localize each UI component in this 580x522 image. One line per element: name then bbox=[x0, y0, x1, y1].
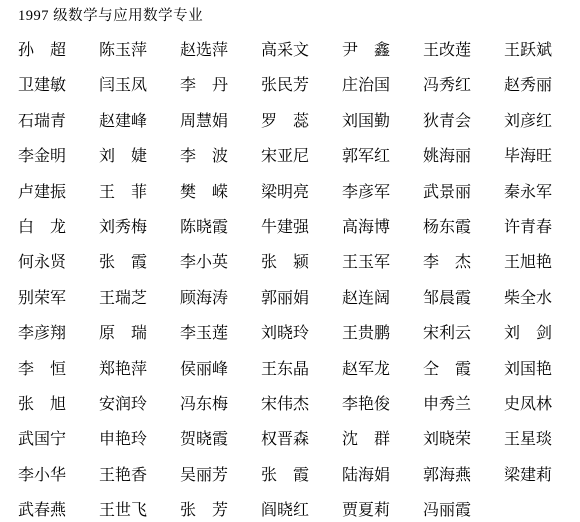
student-name: 王贵鹏 bbox=[342, 316, 423, 351]
student-name: 卢建振 bbox=[18, 175, 99, 210]
student-name: 赵选萍 bbox=[180, 33, 261, 68]
student-name: 王改莲 bbox=[423, 33, 504, 68]
student-name: 王跃斌 bbox=[504, 33, 580, 68]
student-name: 冯丽霞 bbox=[423, 493, 504, 522]
student-name: 赵军龙 bbox=[342, 352, 423, 387]
student-name: 陆海娟 bbox=[342, 458, 423, 493]
student-name: 张 霞 bbox=[261, 458, 342, 493]
student-name: 武春燕 bbox=[18, 493, 99, 522]
student-name: 杨东霞 bbox=[423, 210, 504, 245]
student-name: 刘国勤 bbox=[342, 104, 423, 139]
student-name: 周慧娟 bbox=[180, 104, 261, 139]
student-name: 贾夏莉 bbox=[342, 493, 423, 522]
student-name: 王瑞芝 bbox=[99, 281, 180, 316]
student-name: 武景丽 bbox=[423, 175, 504, 210]
student-name: 李 丹 bbox=[180, 68, 261, 103]
student-name: 牛建强 bbox=[261, 210, 342, 245]
student-name: 高采文 bbox=[261, 33, 342, 68]
student-name: 尹 鑫 bbox=[342, 33, 423, 68]
student-name: 冯东梅 bbox=[180, 387, 261, 422]
student-name: 史凤林 bbox=[504, 387, 580, 422]
page-title: 1997 级数学与应用数学专业 bbox=[18, 7, 203, 25]
student-name: 李玉莲 bbox=[180, 316, 261, 351]
student-name: 郭海燕 bbox=[423, 458, 504, 493]
student-name: 王艳香 bbox=[99, 458, 180, 493]
student-name: 刘彦红 bbox=[504, 104, 580, 139]
student-name: 张民芳 bbox=[261, 68, 342, 103]
student-name: 赵建峰 bbox=[99, 104, 180, 139]
student-name: 刘国艳 bbox=[504, 352, 580, 387]
student-name: 李 波 bbox=[180, 139, 261, 174]
student-name: 刘 婕 bbox=[99, 139, 180, 174]
student-name: 李小英 bbox=[180, 245, 261, 280]
student-name: 李 杰 bbox=[423, 245, 504, 280]
student-name: 陈晓霞 bbox=[180, 210, 261, 245]
student-name: 王 菲 bbox=[99, 175, 180, 210]
student-name: 庄治国 bbox=[342, 68, 423, 103]
student-name: 刘晓玲 bbox=[261, 316, 342, 351]
student-name: 张 芳 bbox=[180, 493, 261, 522]
student-name: 李彦军 bbox=[342, 175, 423, 210]
student-name: 李小华 bbox=[18, 458, 99, 493]
student-name: 秦永军 bbox=[504, 175, 580, 210]
student-name: 宋亚尼 bbox=[261, 139, 342, 174]
student-name: 宋利云 bbox=[423, 316, 504, 351]
student-name: 樊 嵘 bbox=[180, 175, 261, 210]
student-name: 孙 超 bbox=[18, 33, 99, 68]
student-name: 别荣军 bbox=[18, 281, 99, 316]
student-name: 许青春 bbox=[504, 210, 580, 245]
student-name: 申秀兰 bbox=[423, 387, 504, 422]
student-name: 刘 剑 bbox=[504, 316, 580, 351]
student-name: 何永贤 bbox=[18, 245, 99, 280]
student-name: 姚海丽 bbox=[423, 139, 504, 174]
student-name: 王玉军 bbox=[342, 245, 423, 280]
student-name: 邹晨霞 bbox=[423, 281, 504, 316]
student-name: 陈玉萍 bbox=[99, 33, 180, 68]
student-name: 原 瑞 bbox=[99, 316, 180, 351]
student-name: 王东晶 bbox=[261, 352, 342, 387]
student-name: 李艳俊 bbox=[342, 387, 423, 422]
student-name: 郑艳萍 bbox=[99, 352, 180, 387]
student-name: 刘晓荣 bbox=[423, 422, 504, 457]
student-name: 郭军红 bbox=[342, 139, 423, 174]
student-name: 闫玉凤 bbox=[99, 68, 180, 103]
student-name: 阎晓红 bbox=[261, 493, 342, 522]
student-name: 吴丽芳 bbox=[180, 458, 261, 493]
student-name: 毕海旺 bbox=[504, 139, 580, 174]
student-name: 狄青会 bbox=[423, 104, 504, 139]
student-name: 郭丽娟 bbox=[261, 281, 342, 316]
student-name: 柴全水 bbox=[504, 281, 580, 316]
student-name: 武国宁 bbox=[18, 422, 99, 457]
student-name: 张 旭 bbox=[18, 387, 99, 422]
student-name: 王星琰 bbox=[504, 422, 580, 457]
student-name: 李金明 bbox=[18, 139, 99, 174]
student-name: 冯秀红 bbox=[423, 68, 504, 103]
student-name: 申艳玲 bbox=[99, 422, 180, 457]
student-name: 贺晓霞 bbox=[180, 422, 261, 457]
student-name: 梁建莉 bbox=[504, 458, 580, 493]
student-name: 权晋森 bbox=[261, 422, 342, 457]
student-name: 王世飞 bbox=[99, 493, 180, 522]
student-name: 沈 群 bbox=[342, 422, 423, 457]
student-name: 罗 蕊 bbox=[261, 104, 342, 139]
student-name: 石瑞青 bbox=[18, 104, 99, 139]
student-name: 梁明亮 bbox=[261, 175, 342, 210]
student-name: 张 霞 bbox=[99, 245, 180, 280]
student-name: 李彦翔 bbox=[18, 316, 99, 351]
student-name: 顾海涛 bbox=[180, 281, 261, 316]
student-name: 白 龙 bbox=[18, 210, 99, 245]
student-name: 侯丽峰 bbox=[180, 352, 261, 387]
student-name: 安润玲 bbox=[99, 387, 180, 422]
student-name: 王旭艳 bbox=[504, 245, 580, 280]
student-name: 赵秀丽 bbox=[504, 68, 580, 103]
student-name: 仝 霞 bbox=[423, 352, 504, 387]
student-name: 高海博 bbox=[342, 210, 423, 245]
name-grid: 孙 超陈玉萍赵选萍高采文尹 鑫王改莲王跃斌卫建敏闫玉凤李 丹张民芳庄治国冯秀红赵… bbox=[18, 33, 574, 522]
student-name: 张 颍 bbox=[261, 245, 342, 280]
student-name: 赵连阔 bbox=[342, 281, 423, 316]
student-name: 刘秀梅 bbox=[99, 210, 180, 245]
student-name: 卫建敏 bbox=[18, 68, 99, 103]
student-name: 李 恒 bbox=[18, 352, 99, 387]
student-name: 宋伟杰 bbox=[261, 387, 342, 422]
